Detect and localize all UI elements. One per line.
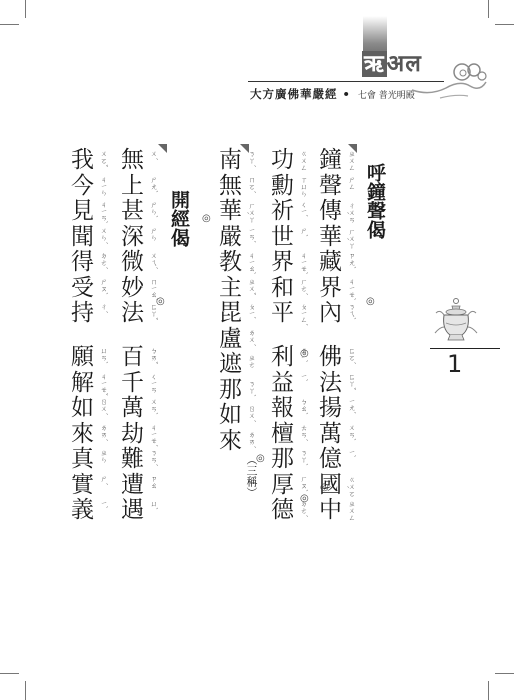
zhuyin: ㄅㄞˇ	[145, 347, 157, 365]
hanzi: 聞	[70, 225, 95, 250]
verse-char: 藏ㄗㄤˋ	[318, 250, 355, 276]
verse-char: 中ㄓㄨㄥ	[318, 498, 355, 524]
hanzi: 毘	[218, 301, 243, 326]
hanzi: 界	[318, 276, 343, 301]
crop-mark	[495, 673, 514, 674]
zhuyin: ㄆㄧˊ	[243, 303, 255, 319]
verse-char: 佛ㄈㄛˊ	[318, 345, 355, 371]
zhuyin: ㄑㄧˊ	[295, 201, 307, 217]
hanzi: 真	[70, 447, 95, 472]
circle-mark-icon: ◎	[256, 453, 265, 464]
verse-char: 祈ㄑㄧˊ	[270, 199, 307, 225]
verse-line: 佛ㄈㄛˊ法ㄈㄚˇ揚ㄧㄤˊ萬ㄨㄢˋ億ㄧˋ國ㄍㄨㄛˊ中ㄓㄨㄥ	[318, 345, 355, 524]
hanzi: 今	[70, 174, 95, 199]
zhuyin: ㄇㄛˊ	[243, 176, 255, 194]
verse-char: 遇ㄩˋ	[120, 498, 157, 524]
hanzi: 那	[270, 447, 295, 472]
section-title-kai-jing-ji: 開經偈	[168, 190, 190, 247]
hanzi: 法	[120, 301, 145, 326]
crop-mark	[488, 681, 489, 700]
hanzi: 祈	[270, 199, 295, 224]
hanzi: 見	[70, 199, 95, 224]
hanzi: 那	[218, 378, 243, 403]
hanzi: 法	[318, 371, 343, 396]
zhuyin: ㄕˋ	[295, 227, 307, 238]
separator: •	[343, 87, 351, 101]
hanzi: 百	[120, 345, 145, 370]
hanzi: 解	[70, 371, 95, 396]
verse-char: 那ㄋㄚˋ	[270, 447, 307, 473]
zhuyin: ㄨㄢˋ	[145, 398, 157, 416]
verse-char: 法ㄈㄚˇ	[318, 371, 355, 397]
zhuyin: ㄓㄨㄥ	[343, 150, 355, 171]
zhuyin: ㄋㄚˋ	[243, 380, 255, 398]
running-header: 大方廣佛華嚴經 • 七會 普光明殿	[250, 86, 415, 102]
verse-char: 實ㄕˊ	[70, 473, 107, 499]
hanzi: 嚴	[218, 225, 243, 250]
sutra-title: 大方廣佛華嚴經	[250, 87, 338, 101]
verse-char: 解ㄐㄧㄝˇ	[70, 371, 107, 397]
zhuyin: ㄏㄨㄚˊ	[343, 227, 355, 251]
zhuyin: ㄒㄩㄣ	[295, 176, 307, 197]
verse-char: 那ㄋㄚˋ	[218, 378, 255, 404]
zhuyin: ㄏㄨㄚˊ	[243, 201, 255, 225]
verse-char: 甚ㄕㄣˋ	[120, 199, 157, 225]
verse-char: 無ㄇㄛˊ	[218, 174, 255, 200]
hanzi: 得	[70, 250, 95, 275]
hanzi: 如	[70, 396, 95, 421]
zhuyin: ㄩˋ	[145, 500, 157, 511]
hanzi: 持	[70, 301, 95, 326]
verse-char: 微ㄨㄟˊ	[120, 250, 157, 276]
hanzi: 甚	[120, 199, 145, 224]
hanzi: 我	[70, 148, 95, 173]
verse-char: 盧ㄌㄨˊ	[218, 327, 255, 353]
verse-char: 法ㄈㄚˇ	[120, 301, 157, 327]
hanzi: 義	[70, 498, 95, 523]
cloud-ornament-icon	[410, 52, 488, 100]
verse-char: 萬ㄨㄢˋ	[318, 422, 355, 448]
verse-char: 報ㄅㄠˋ	[270, 396, 307, 422]
verse-char: 內ㄋㄟˋ	[318, 301, 355, 327]
hanzi: 華	[218, 199, 243, 224]
zhuyin: ㄌㄨˊ	[243, 329, 255, 347]
zhuyin: ㄕˊ	[95, 475, 107, 486]
hanzi: 平	[270, 301, 295, 326]
verse-char: 界ㄐㄧㄝˋ	[318, 276, 355, 302]
zhuyin: ㄍㄨㄥ	[295, 150, 307, 171]
verse-char: 得ㄉㄜˊ	[70, 250, 107, 276]
zhuyin: ㄌㄞˊ	[95, 424, 107, 442]
zhuyin: ㄖㄨˊ	[95, 398, 107, 416]
verse-char: 上ㄕㄤˋ	[120, 174, 157, 200]
hanzi: 無	[120, 148, 145, 173]
hanzi: 主	[218, 276, 243, 301]
crop-mark	[0, 673, 19, 674]
page-number: 1	[447, 350, 462, 378]
zhuyin: ㄨㄛˇ	[95, 150, 107, 168]
zhuyin: ㄊㄢˊ	[295, 424, 307, 442]
verse-char: 功ㄍㄨㄥ	[270, 148, 307, 174]
hanzi: 遭	[120, 473, 145, 498]
zhuyin: ㄐㄧㄝˋ	[295, 252, 307, 275]
zhuyin: ㄓㄨㄥ	[343, 500, 355, 521]
hanzi: 傳	[318, 199, 343, 224]
hanzi: 受	[70, 276, 95, 301]
verse-char: 劫ㄐㄧㄝˊ	[120, 422, 157, 448]
verse-char: 嚴ㄧㄢˊ	[218, 225, 255, 251]
hanzi: 遮	[218, 352, 243, 377]
zhuyin: ㄏㄜˊ	[295, 278, 307, 296]
verse-char: 和ㄏㄜˊ	[270, 276, 307, 302]
hanzi: 萬	[318, 422, 343, 447]
verse-char: 傳ㄔㄨㄢˊ	[318, 199, 355, 225]
verse-char: 深ㄕㄣ	[120, 225, 157, 251]
hanzi: 功	[270, 148, 295, 173]
zhuyin: ㄋㄟˋ	[343, 303, 355, 321]
zhuyin: ㄨㄣˊ	[95, 227, 107, 245]
zhuyin: ㄍㄨㄛˊ	[343, 475, 355, 499]
verse-line: 無ㄨˊ上ㄕㄤˋ甚ㄕㄣˋ深ㄕㄣ微ㄨㄟˊ妙ㄇㄧㄠˋ法ㄈㄚˇ	[120, 148, 157, 327]
verse-char: 來ㄌㄞˊ	[70, 422, 107, 448]
hanzi: 佛	[318, 345, 343, 370]
zhuyin: ㄌㄞˊ	[243, 431, 255, 449]
zhuyin: ㄕㄥ	[343, 176, 355, 190]
zhuyin: ㄗㄠ	[145, 475, 157, 489]
hanzi: 億	[318, 447, 343, 472]
zhuyin: ㄕㄣ	[145, 227, 157, 241]
zhuyin: ㄨㄟˊ	[145, 252, 157, 270]
verse-char: 見ㄐㄧㄢˋ	[70, 199, 107, 225]
crop-mark	[0, 24, 19, 25]
zhuyin: ㄓㄣ	[95, 449, 107, 463]
verse-char: 今ㄐㄧㄣ	[70, 174, 107, 200]
verse-line: 鐘ㄓㄨㄥ聲ㄕㄥ傳ㄔㄨㄢˊ華ㄏㄨㄚˊ藏ㄗㄤˋ界ㄐㄧㄝˋ內ㄋㄟˋ	[318, 148, 355, 327]
verse-line: 願ㄩㄢˋ解ㄐㄧㄝˇ如ㄖㄨˊ來ㄌㄞˊ真ㄓㄣ實ㄕˊ義ㄧˋ	[70, 345, 107, 524]
circle-mark-icon: ◎	[202, 213, 211, 224]
hanzi: 教	[218, 250, 243, 275]
start-triangle-icon	[348, 144, 357, 153]
zhuyin: ㄗㄤˋ	[343, 252, 355, 270]
hanzi: 願	[70, 345, 95, 370]
verse-char: 如ㄖㄨˊ	[70, 396, 107, 422]
verse-char: 我ㄨㄛˇ	[70, 148, 107, 174]
hanzi: 實	[70, 473, 95, 498]
hanzi: 檀	[270, 422, 295, 447]
hanzi: 妙	[120, 276, 145, 301]
verse-line: 我ㄨㄛˇ今ㄐㄧㄣ見ㄐㄧㄢˋ聞ㄨㄣˊ得ㄉㄜˊ受ㄕㄡˋ持ㄔˊ	[70, 148, 107, 327]
start-triangle-icon	[240, 144, 249, 153]
hanzi: 內	[318, 301, 343, 326]
verse-char: 教ㄐㄧㄠˋ	[218, 250, 255, 276]
hanzi: 德	[270, 498, 295, 523]
verse-char: 來ㄌㄞˊ	[218, 429, 255, 455]
zhuyin: ㄐㄧㄝˊ	[145, 424, 157, 447]
zhuyin: ㄔˊ	[95, 303, 107, 314]
hanzi: 勳	[270, 174, 295, 199]
circle-mark-icon: ◎	[366, 296, 375, 307]
verse-char: 受ㄕㄡˋ	[70, 276, 107, 302]
hanzi: 報	[270, 396, 295, 421]
verse-char: 如ㄖㄨˊ	[218, 403, 255, 429]
verse-char: 檀ㄊㄢˊ	[270, 422, 307, 448]
zhuyin: ㄋㄚˋ	[295, 449, 307, 467]
zhuyin: ㄕㄣˋ	[145, 201, 157, 219]
hanzi: 厚	[270, 473, 295, 498]
zhuyin: ㄔㄨㄢˊ	[343, 201, 355, 225]
repeat-note: （三稱）	[222, 454, 259, 498]
zhuyin: ㄅㄠˋ	[295, 398, 307, 416]
zhuyin: ㄐㄧㄝˇ	[95, 373, 107, 396]
circle-mark-icon: ◎	[300, 493, 309, 504]
hanzi: 微	[120, 250, 145, 275]
verse-char: 遭ㄗㄠ	[120, 473, 157, 499]
zhuyin: ㄨˊ	[145, 150, 157, 161]
verse-char: 益ㄧˋ	[270, 371, 307, 397]
hanzi: 利	[270, 345, 295, 370]
verse-char: 聲ㄕㄥ	[318, 174, 355, 200]
hanzi: 無	[218, 174, 243, 199]
circle-mark-icon: ◎	[156, 296, 165, 307]
hanzi: 上	[120, 174, 145, 199]
hanzi: 華	[318, 225, 343, 250]
zhuyin: ㄧㄢˊ	[243, 227, 255, 243]
verse-char: 毘ㄆㄧˊ	[218, 301, 255, 327]
verse-char: 億ㄧˋ	[318, 447, 355, 473]
hanzi: 深	[120, 225, 145, 250]
zhuyin: ㄆㄧㄥˊ	[295, 303, 307, 326]
hanzi: 遇	[120, 498, 145, 523]
hanzi: 中	[318, 498, 343, 523]
zhuyin: ㄏㄡˋ	[295, 475, 307, 493]
start-triangle-icon	[158, 144, 167, 153]
hanzi: 難	[120, 447, 145, 472]
verse-char: 華ㄏㄨㄚˊ	[218, 199, 255, 225]
hanzi: 藏	[318, 250, 343, 275]
zhuyin: ㄧˋ	[95, 500, 107, 509]
crop-mark	[25, 681, 26, 700]
zhuyin: ㄈㄛˊ	[343, 347, 355, 365]
zhuyin: ㄈㄚˇ	[343, 373, 355, 391]
hanzi: 如	[218, 403, 243, 428]
zhuyin: ㄉㄜˊ	[95, 252, 107, 270]
verse-char: 華ㄏㄨㄚˊ	[318, 225, 355, 251]
verse-line: 南ㄋㄚˊ無ㄇㄛˊ華ㄏㄨㄚˊ嚴ㄧㄢˊ教ㄐㄧㄠˋ主ㄓㄨˇ毘ㄆㄧˊ盧ㄌㄨˊ遮ㄓㄜ那ㄋㄚ…	[218, 148, 255, 498]
hanzi: 盧	[218, 327, 243, 352]
verse-char: 聞ㄨㄣˊ	[70, 225, 107, 251]
verse-char: 遮ㄓㄜ	[218, 352, 255, 378]
hanzi: 來	[218, 429, 243, 454]
crop-mark	[25, 0, 26, 18]
section-title-hu-zhong-sheng-ji: 呼鐘聲偈	[364, 163, 386, 239]
verse-char: 平ㄆㄧㄥˊ	[270, 301, 307, 327]
verse-char: 真ㄓㄣ	[70, 447, 107, 473]
circle-mark-icon: ◎	[320, 482, 329, 493]
zhuyin: ㄐㄧㄝˋ	[343, 278, 355, 301]
hanzi: 聲	[318, 174, 343, 199]
zhuyin: ㄓㄨˇ	[243, 278, 255, 296]
treasure-vase-icon	[432, 297, 480, 343]
verse-char: 揚ㄧㄤˊ	[318, 396, 355, 422]
verse-char: 持ㄔˊ	[70, 301, 107, 327]
verse-char: 義ㄧˋ	[70, 498, 107, 524]
hanzi: 和	[270, 276, 295, 301]
verse-char: 百ㄅㄞˇ	[120, 345, 157, 371]
verse-char: 勳ㄒㄩㄣ	[270, 174, 307, 200]
hanzi: 鐘	[318, 148, 343, 173]
verse-char: 世ㄕˋ	[270, 225, 307, 251]
verse-char: 無ㄨˊ	[120, 148, 157, 174]
verse-char: 界ㄐㄧㄝˋ	[270, 250, 307, 276]
zhuyin: ㄨㄢˋ	[343, 424, 355, 442]
verse-char: 難ㄋㄢˊ	[120, 447, 157, 473]
zhuyin: ㄧㄤˊ	[343, 398, 355, 414]
hanzi: 千	[120, 371, 145, 396]
zhuyin: ㄕㄤˋ	[145, 176, 157, 194]
zhuyin: ㄧˋ	[343, 449, 355, 458]
section-name: 七會 普光明殿	[358, 91, 415, 101]
hanzi: 界	[270, 250, 295, 275]
hanzi: 揚	[318, 396, 343, 421]
hanzi: 劫	[120, 422, 145, 447]
zhuyin: ㄕㄡˋ	[95, 278, 107, 296]
zhuyin: ㄓㄜ	[243, 354, 255, 368]
page-number-rule	[430, 348, 500, 349]
verse-char: 南ㄋㄚˊ	[218, 148, 255, 174]
hanzi: 來	[70, 422, 95, 447]
crop-mark	[488, 0, 489, 18]
verse-char: 萬ㄨㄢˋ	[120, 396, 157, 422]
circle-mark-icon: ◎	[300, 348, 309, 359]
zhuyin: ㄧˋ	[295, 373, 307, 382]
verse-char: 主ㄓㄨˇ	[218, 276, 255, 302]
verse-char: 千ㄑㄧㄢ	[120, 371, 157, 397]
zhuyin: ㄑㄧㄢ	[145, 373, 157, 393]
zhuyin: ㄖㄨˊ	[243, 405, 255, 423]
hanzi: 萬	[120, 396, 145, 421]
verse-line: 百ㄅㄞˇ千ㄑㄧㄢ萬ㄨㄢˋ劫ㄐㄧㄝˊ難ㄋㄢˊ遭ㄗㄠ遇ㄩˋ	[120, 345, 157, 524]
zhuyin: ㄐㄧㄢˋ	[95, 201, 107, 224]
zhuyin: ㄐㄧㄠˋ	[243, 252, 255, 275]
hanzi: 世	[270, 225, 295, 250]
verse-line: 功ㄍㄨㄥ勳ㄒㄩㄣ祈ㄑㄧˊ世ㄕˋ界ㄐㄧㄝˋ和ㄏㄜˊ平ㄆㄧㄥˊ	[270, 148, 307, 327]
zhuyin: ㄩㄢˋ	[95, 347, 107, 365]
crop-mark	[495, 24, 514, 25]
verse-char: 妙ㄇㄧㄠˋ	[120, 276, 157, 302]
zhuyin: ㄋㄢˊ	[145, 449, 157, 467]
zhuyin: ㄐㄧㄣ	[95, 176, 107, 196]
hanzi: 益	[270, 371, 295, 396]
verse-char: 願ㄩㄢˋ	[70, 345, 107, 371]
